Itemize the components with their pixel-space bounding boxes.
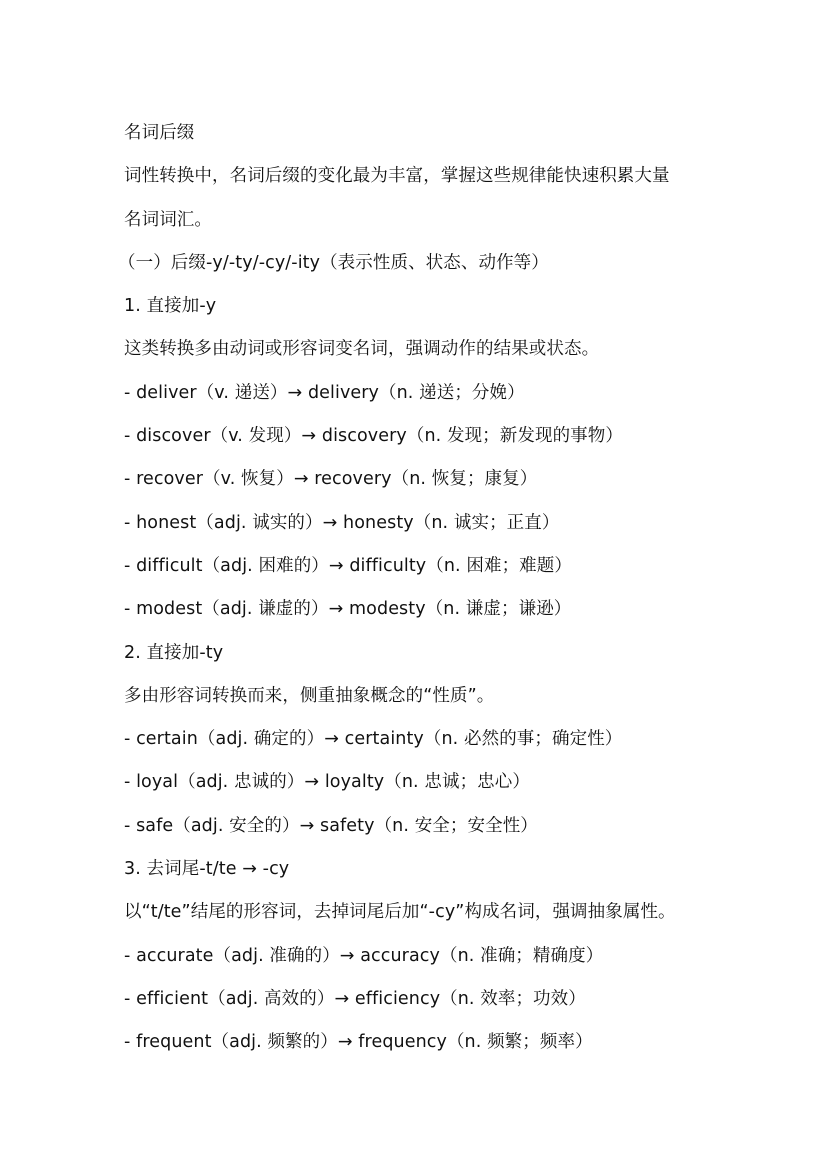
- list-item: - discover（v. 发现）→ discovery（n. 发现；新发现的事…: [124, 422, 724, 465]
- document-page: 名词后缀 词性转换中，名词后缀的变化最为丰富，掌握这些规律能快速积累大量 名词词…: [124, 119, 724, 1072]
- subsection-heading: 3. 去词尾-t/te → -cy: [124, 855, 724, 898]
- list-item: - honest（adj. 诚实的）→ honesty（n. 诚实；正直）: [124, 509, 724, 552]
- list-item: - efficient（adj. 高效的）→ efficiency（n. 效率；…: [124, 985, 724, 1028]
- list-item: - accurate（adj. 准确的）→ accuracy（n. 准确；精确度…: [124, 942, 724, 985]
- subsection-description: 多由形容词转换而来，侧重抽象概念的“性质”。: [124, 682, 724, 725]
- document-title: 名词后缀: [124, 119, 724, 162]
- list-item: - modest（adj. 谦虚的）→ modesty（n. 谦虚；谦逊）: [124, 595, 724, 638]
- list-item: - recover（v. 恢复）→ recovery（n. 恢复；康复）: [124, 465, 724, 508]
- list-item: - frequent（adj. 频繁的）→ frequency（n. 频繁；频率…: [124, 1028, 724, 1071]
- intro-paragraph-line-2: 名词词汇。: [124, 206, 724, 249]
- subsection-heading: 1. 直接加-y: [124, 292, 724, 335]
- section-heading: （一）后缀-y/-ty/-cy/-ity（表示性质、状态、动作等）: [118, 249, 724, 292]
- list-item: - certain（adj. 确定的）→ certainty（n. 必然的事；确…: [124, 725, 724, 768]
- list-item: - difficult（adj. 困难的）→ difficulty（n. 困难；…: [124, 552, 724, 595]
- list-item: - safe（adj. 安全的）→ safety（n. 安全；安全性）: [124, 812, 724, 855]
- subsection-description: 以“t/te”结尾的形容词，去掉词尾后加“-cy”构成名词，强调抽象属性。: [124, 898, 724, 941]
- list-item: - loyal（adj. 忠诚的）→ loyalty（n. 忠诚；忠心）: [124, 768, 724, 811]
- subsection-description: 这类转换多由动词或形容词变名词，强调动作的结果或状态。: [124, 335, 724, 378]
- list-item: - deliver（v. 递送）→ delivery（n. 递送；分娩）: [124, 379, 724, 422]
- subsection-heading: 2. 直接加-ty: [124, 639, 724, 682]
- intro-paragraph-line-1: 词性转换中，名词后缀的变化最为丰富，掌握这些规律能快速积累大量: [124, 162, 724, 205]
